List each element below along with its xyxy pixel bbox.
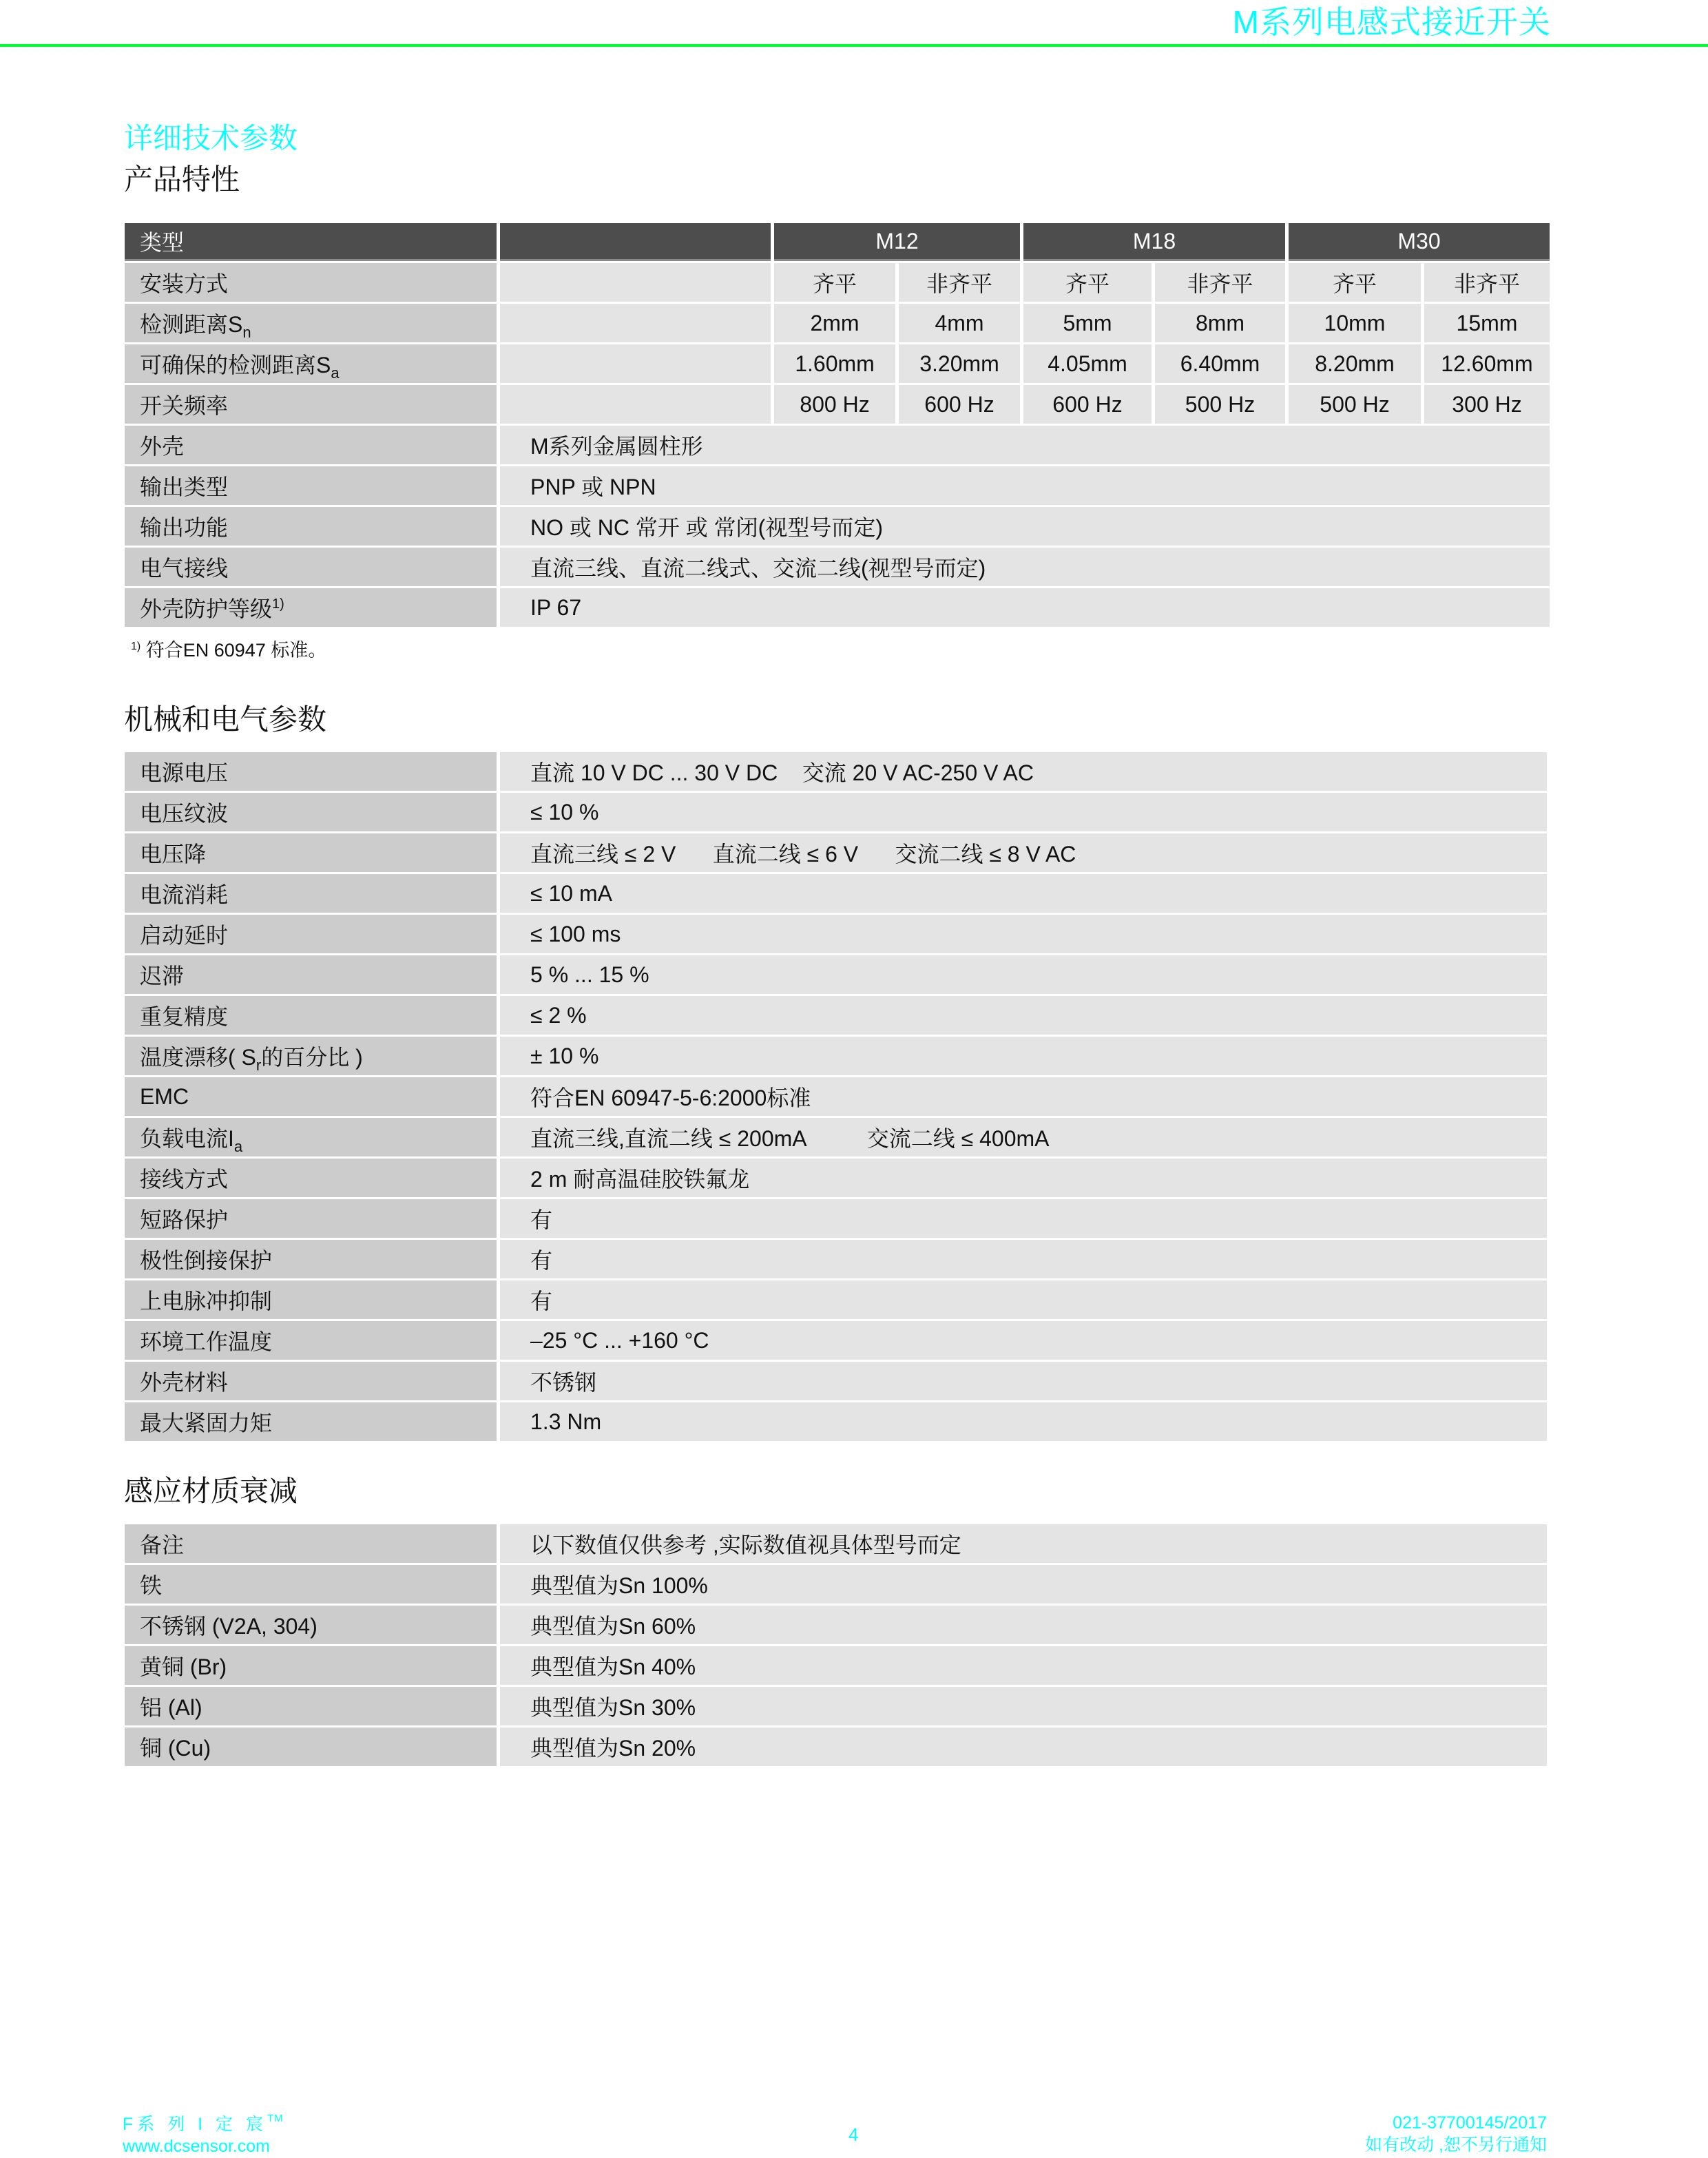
table-row: 检测距离Sn 2mm 4mm 5mm 8mm 10mm 15mm (125, 304, 1550, 342)
cell-value: 齐平 (1023, 263, 1152, 302)
row-label: 极性倒接保护 (125, 1240, 497, 1278)
cell-value: 12.60mm (1424, 344, 1550, 383)
row-label: 电源电压 (125, 752, 497, 791)
row-label: 外壳防护等级1) (125, 588, 497, 627)
table-row: 开关频率 800 Hz 600 Hz 600 Hz 500 Hz 500 Hz … (125, 385, 1550, 424)
footnote: 1) 符合EN 60947 标准。 (131, 635, 326, 662)
row-label: 铜 (Cu) (125, 1728, 497, 1766)
cell-value: 800 Hz (774, 385, 895, 424)
cell-value: 4.05mm (1023, 344, 1152, 383)
cell-value: 齐平 (1289, 263, 1421, 302)
product-features-table: 类型 M12 M18 M30 安装方式 齐平 非齐平 齐平 非齐平 齐平 非齐平… (121, 221, 1553, 629)
table-row: 迟滞5 % ... 15 % (125, 955, 1547, 994)
header-size-m30: M30 (1289, 223, 1550, 261)
row-label: 可确保的检测距离Sa (125, 344, 497, 383)
row-label: 上电脉冲抑制 (125, 1280, 497, 1319)
cell-value: 600 Hz (1023, 385, 1152, 424)
section-title-material-attenuation: 感应材质衰减 (124, 1469, 298, 1510)
table-row: 电流消耗≤ 10 mA (125, 874, 1547, 913)
cell-value: 500 Hz (1289, 385, 1421, 424)
table-row: 安装方式 齐平 非齐平 齐平 非齐平 齐平 非齐平 (125, 263, 1550, 302)
mech-elec-params-table: 电源电压直流 10 V DC ... 30 V DC 交流 20 V AC-25… (121, 750, 1550, 1443)
cell-value: 15mm (1424, 304, 1550, 342)
row-label: 不锈钢 (V2A, 304) (125, 1606, 497, 1644)
row-label: 短路保护 (125, 1199, 497, 1238)
footer-doc-code: 021-37700145/2017 (1365, 2112, 1547, 2134)
row-label: 负载电流Ia (125, 1118, 497, 1156)
row-label: 备注 (125, 1524, 497, 1563)
row-label: 外壳材料 (125, 1362, 497, 1400)
row-label: 外壳 (125, 426, 497, 464)
row-value: 有 (500, 1199, 1547, 1238)
table-row: 可确保的检测距离Sa 1.60mm 3.20mm 4.05mm 6.40mm 8… (125, 344, 1550, 383)
table-row: EMC符合EN 60947-5-6:2000标准 (125, 1077, 1547, 1116)
row-label: 重复精度 (125, 996, 497, 1035)
row-value: PNP 或 NPN (500, 466, 1550, 505)
row-label: 电压纹波 (125, 793, 497, 831)
row-value: ≤ 2 % (500, 996, 1547, 1035)
trademark-mark: TM (267, 2113, 284, 2124)
section-title-mech-elec: 机械和电气参数 (124, 697, 326, 738)
footer-brand: F系 列 I 定 宸 (123, 2115, 267, 2134)
row-value: 典型值为Sn 20% (500, 1728, 1547, 1766)
row-label: 检测距离Sn (125, 304, 497, 342)
footer-notice: 如有改动 ,恕不另行通知 (1365, 2134, 1547, 2156)
table-row: 外壳材料不锈钢 (125, 1362, 1547, 1400)
table-row: 电压纹波≤ 10 % (125, 793, 1547, 831)
table-row: 短路保护有 (125, 1199, 1547, 1238)
table-row: 环境工作温度–25 °C ... +160 °C (125, 1321, 1547, 1360)
document-header-title: M系列电感式接近开关 (1233, 0, 1551, 43)
table-row: 外壳 M系列金属圆柱形 (125, 426, 1550, 464)
row-value: 有 (500, 1240, 1547, 1278)
row-value: 直流三线 ≤ 2 V 直流二线 ≤ 6 V 交流二线 ≤ 8 V AC (500, 833, 1547, 872)
row-value: 典型值为Sn 30% (500, 1687, 1547, 1725)
row-value: 典型值为Sn 60% (500, 1606, 1547, 1644)
row-value: ± 10 % (500, 1037, 1547, 1075)
header-size-m18: M18 (1023, 223, 1285, 261)
cell-value: 非齐平 (1424, 263, 1550, 302)
table-row: 启动延时≤ 100 ms (125, 915, 1547, 953)
row-label: 黄铜 (Br) (125, 1646, 497, 1685)
row-value: ≤ 10 mA (500, 874, 1547, 913)
row-value: 5 % ... 15 % (500, 955, 1547, 994)
cell-value: 600 Hz (899, 385, 1020, 424)
row-label: 铝 (Al) (125, 1687, 497, 1725)
row-label: 电压降 (125, 833, 497, 872)
table-row: 备注以下数值仅供参考 ,实际数值视具体型号而定 (125, 1524, 1547, 1563)
footer-brand-block: F系 列 I 定 宸TM www.dcsensor.com (123, 2113, 284, 2157)
table-row: 电源电压直流 10 V DC ... 30 V DC 交流 20 V AC-25… (125, 752, 1547, 791)
row-label: 温度漂移( Sr的百分比 ) (125, 1037, 497, 1075)
row-value: 直流三线、直流二线式、交流二线(视型号而定) (500, 548, 1550, 586)
row-value: 直流 10 V DC ... 30 V DC 交流 20 V AC-250 V … (500, 752, 1547, 791)
row-label: 迟滞 (125, 955, 497, 994)
section-title-product-features: 产品特性 (124, 157, 240, 198)
table-row: 最大紧固力矩1.3 Nm (125, 1402, 1547, 1441)
cell-value: 8mm (1155, 304, 1285, 342)
table-row: 输出功能 NO 或 NC 常开 或 常闭(视型号而定) (125, 507, 1550, 546)
row-label: 电流消耗 (125, 874, 497, 913)
section-kicker: 详细技术参数 (124, 116, 298, 157)
row-value: NO 或 NC 常开 或 常闭(视型号而定) (500, 507, 1550, 546)
row-value: 符合EN 60947-5-6:2000标准 (500, 1077, 1547, 1116)
row-value: 直流三线,直流二线 ≤ 200mA 交流二线 ≤ 400mA (500, 1118, 1547, 1156)
cell-value: 1.60mm (774, 344, 895, 383)
row-value: ≤ 100 ms (500, 915, 1547, 953)
row-value: 典型值为Sn 40% (500, 1646, 1547, 1685)
row-value: 典型值为Sn 100% (500, 1565, 1547, 1604)
cell-value: 6.40mm (1155, 344, 1285, 383)
page-number: 4 (848, 2124, 858, 2146)
table-row: 黄铜 (Br)典型值为Sn 40% (125, 1646, 1547, 1685)
table-row: 铝 (Al)典型值为Sn 30% (125, 1687, 1547, 1725)
header-divider (0, 44, 1708, 47)
row-label: 最大紧固力矩 (125, 1402, 497, 1441)
row-label: 输出功能 (125, 507, 497, 546)
table-header-row: 类型 M12 M18 M30 (125, 223, 1550, 261)
material-attenuation-table: 备注以下数值仅供参考 ,实际数值视具体型号而定 铁典型值为Sn 100% 不锈钢… (121, 1522, 1550, 1768)
row-value: 不锈钢 (500, 1362, 1547, 1400)
table-row: 铁典型值为Sn 100% (125, 1565, 1547, 1604)
cell-value: 4mm (899, 304, 1020, 342)
header-size-m12: M12 (774, 223, 1020, 261)
row-label: 铁 (125, 1565, 497, 1604)
cell-value: 5mm (1023, 304, 1152, 342)
table-row: 负载电流Ia直流三线,直流二线 ≤ 200mA 交流二线 ≤ 400mA (125, 1118, 1547, 1156)
row-label: 开关频率 (125, 385, 497, 424)
table-row: 不锈钢 (V2A, 304)典型值为Sn 60% (125, 1606, 1547, 1644)
header-blank-cell (500, 223, 771, 261)
table-row: 重复精度≤ 2 % (125, 996, 1547, 1035)
row-label: 输出类型 (125, 466, 497, 505)
cell-value: 3.20mm (899, 344, 1020, 383)
footer-website-link[interactable]: www.dcsensor.com (123, 2135, 284, 2157)
table-row: 上电脉冲抑制有 (125, 1280, 1547, 1319)
footer-info-block: 021-37700145/2017 如有改动 ,恕不另行通知 (1365, 2112, 1547, 2156)
row-value: M系列金属圆柱形 (500, 426, 1550, 464)
cell-value: 300 Hz (1424, 385, 1550, 424)
row-label: 环境工作温度 (125, 1321, 497, 1360)
cell-value: 500 Hz (1155, 385, 1285, 424)
table-row: 外壳防护等级1) IP 67 (125, 588, 1550, 627)
table-row: 温度漂移( Sr的百分比 )± 10 % (125, 1037, 1547, 1075)
table-row: 接线方式2 m 耐高温硅胶铁氟龙 (125, 1159, 1547, 1197)
table-row: 输出类型 PNP 或 NPN (125, 466, 1550, 505)
table-row: 电压降直流三线 ≤ 2 V 直流二线 ≤ 6 V 交流二线 ≤ 8 V AC (125, 833, 1547, 872)
row-label: EMC (125, 1077, 497, 1116)
row-value: 2 m 耐高温硅胶铁氟龙 (500, 1159, 1547, 1197)
row-value: 有 (500, 1280, 1547, 1319)
table-row: 电气接线 直流三线、直流二线式、交流二线(视型号而定) (125, 548, 1550, 586)
row-value: 1.3 Nm (500, 1402, 1547, 1441)
row-label: 启动延时 (125, 915, 497, 953)
row-label: 电气接线 (125, 548, 497, 586)
cell-value: 2mm (774, 304, 895, 342)
row-label: 安装方式 (125, 263, 497, 302)
row-value: IP 67 (500, 588, 1550, 627)
row-value: –25 °C ... +160 °C (500, 1321, 1547, 1360)
table-row: 极性倒接保护有 (125, 1240, 1547, 1278)
table-row: 铜 (Cu)典型值为Sn 20% (125, 1728, 1547, 1766)
header-type-label: 类型 (125, 223, 497, 261)
row-value: ≤ 10 % (500, 793, 1547, 831)
cell-value: 10mm (1289, 304, 1421, 342)
cell-value: 8.20mm (1289, 344, 1421, 383)
cell-value: 非齐平 (899, 263, 1020, 302)
cell-value: 非齐平 (1155, 263, 1285, 302)
footnote-marker: 1) (272, 596, 284, 612)
row-label: 接线方式 (125, 1159, 497, 1197)
cell-value: 齐平 (774, 263, 895, 302)
row-value: 以下数值仅供参考 ,实际数值视具体型号而定 (500, 1524, 1547, 1563)
